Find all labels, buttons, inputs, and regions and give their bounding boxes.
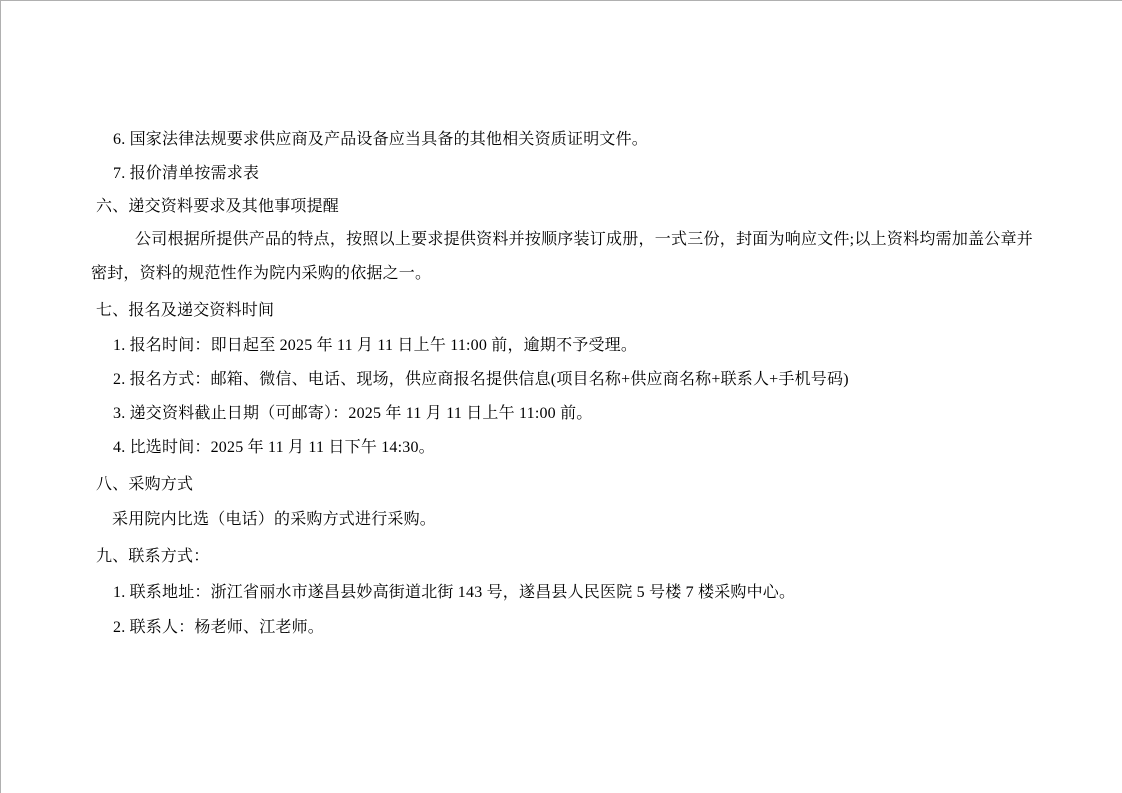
- section-heading-7-signup-time: 七、报名及递交资料时间: [96, 301, 274, 321]
- section-heading-6-submission-requirements: 六、递交资料要求及其他事项提醒: [96, 197, 339, 217]
- paragraph-submission-line-1: 公司根据所提供产品的特点，按照以上要求提供资料并按顺序装订成册，一式三份，封面为…: [135, 230, 1033, 250]
- numbered-item-7-quote-list: 7. 报价清单按需求表: [113, 164, 259, 184]
- numbered-item-2-contact-person: 2. 联系人：杨老师、江老师。: [113, 618, 324, 638]
- numbered-item-4-selection-time: 4. 比选时间：2025 年 11 月 11 日下午 14:30。: [113, 438, 435, 458]
- numbered-item-2-signup-method: 2. 报名方式：邮箱、微信、电话、现场，供应商报名提供信息(项目名称+供应商名称…: [113, 370, 849, 390]
- numbered-item-1-signup-time: 1. 报名时间：即日起至 2025 年 11 月 11 日上午 11:00 前，…: [113, 336, 637, 356]
- document-page: 6. 国家法律法规要求供应商及产品设备应当具备的其他相关资质证明文件。 7. 报…: [0, 0, 1122, 793]
- paragraph-procurement-method: 采用院内比选（电话）的采购方式进行采购。: [112, 510, 436, 530]
- numbered-item-6-qualification-docs: 6. 国家法律法规要求供应商及产品设备应当具备的其他相关资质证明文件。: [113, 130, 648, 150]
- numbered-item-3-submission-deadline: 3. 递交资料截止日期（可邮寄）：2025 年 11 月 11 日上午 11:0…: [113, 404, 592, 424]
- numbered-item-1-contact-address: 1. 联系地址：浙江省丽水市遂昌县妙高街道北街 143 号，遂昌县人民医院 5 …: [113, 583, 795, 603]
- paragraph-submission-line-2: 密封，资料的规范性作为院内采购的依据之一。: [91, 264, 431, 284]
- section-heading-8-procurement-method: 八、采购方式: [96, 475, 193, 495]
- section-heading-9-contact-info: 九、联系方式：: [96, 547, 209, 567]
